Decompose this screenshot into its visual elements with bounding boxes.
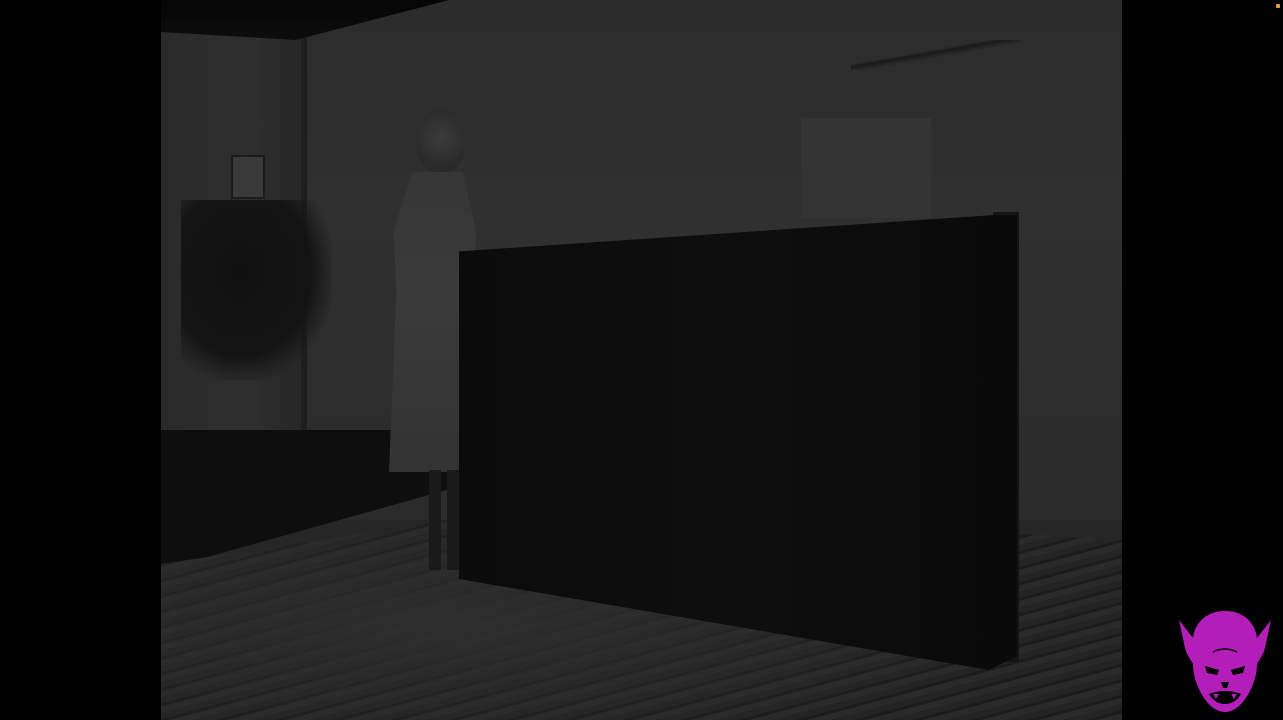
video-frame[interactable] (161, 0, 1122, 720)
woman-head (417, 110, 465, 172)
wall-board (801, 118, 931, 218)
video-player[interactable] (0, 0, 1283, 720)
demon-face-icon (1177, 608, 1273, 714)
status-indicator-dot (1276, 4, 1280, 8)
channel-watermark[interactable] (1177, 608, 1273, 714)
woman-legs (429, 470, 459, 570)
wall-picture (231, 155, 265, 199)
hanging-coats (181, 200, 331, 380)
wall-streaks (851, 40, 1021, 70)
